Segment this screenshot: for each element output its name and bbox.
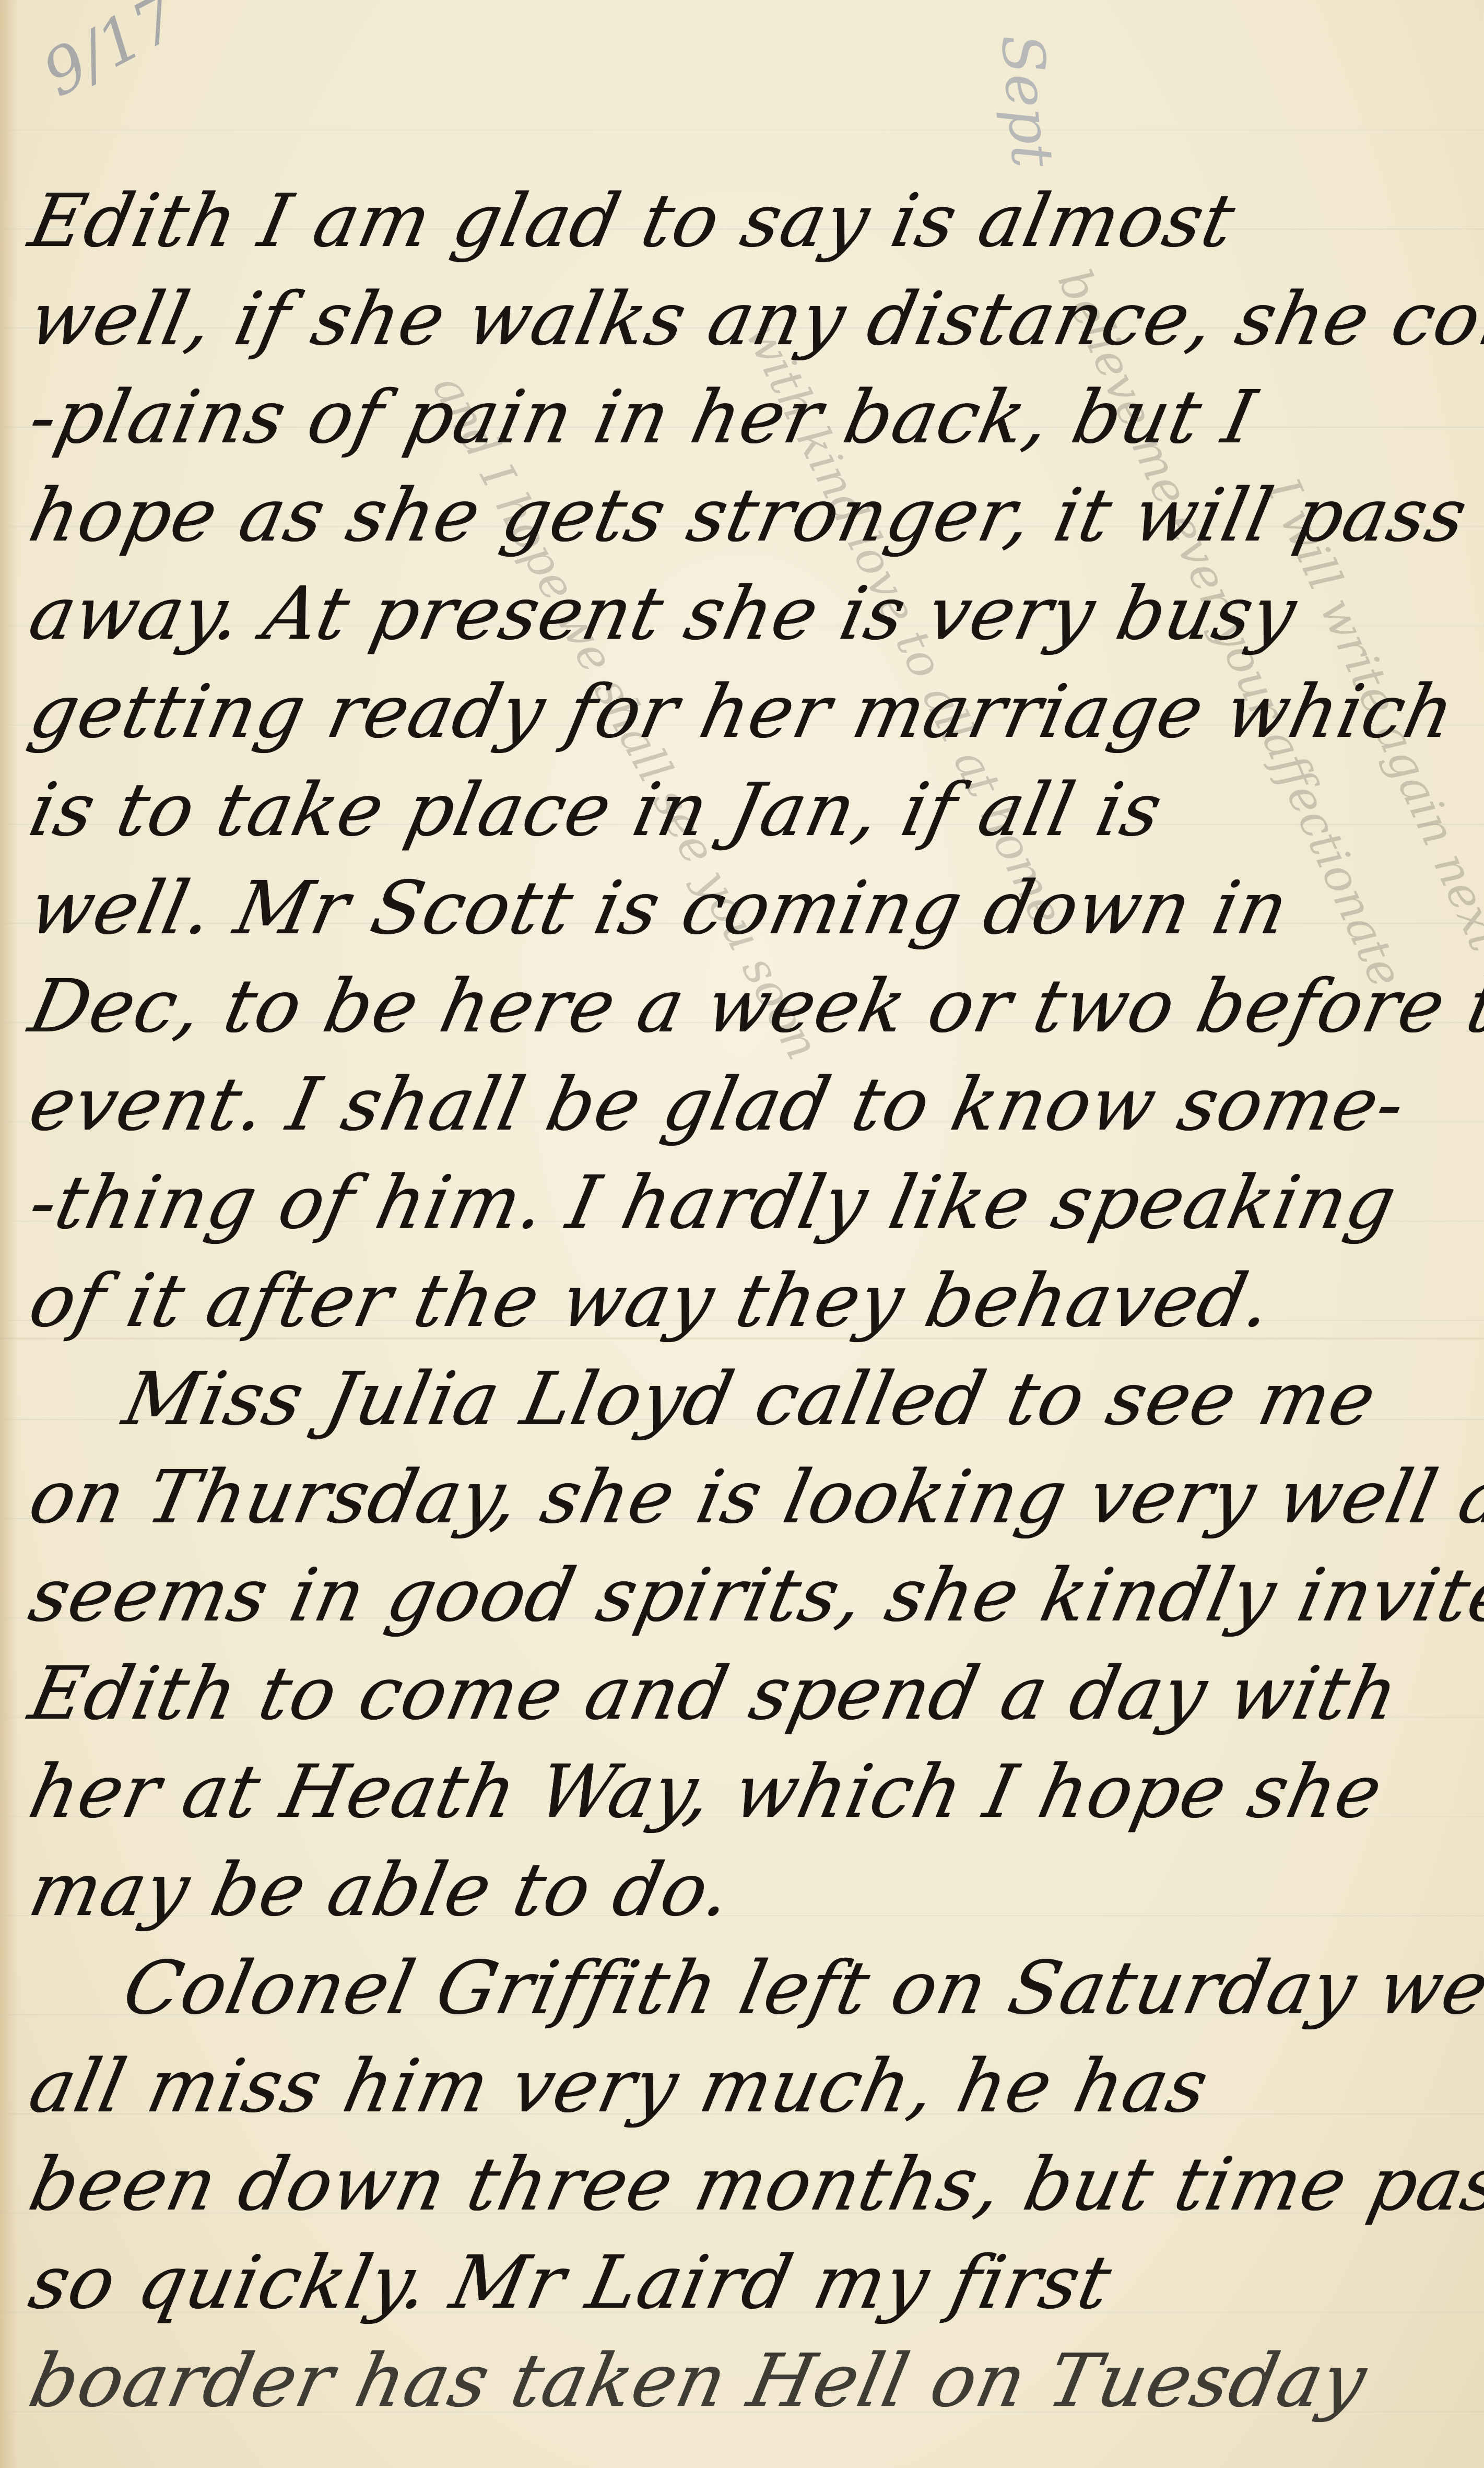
letter-line: seems in good spirits, she kindly invite… <box>21 1547 1483 1645</box>
letter-line: so quickly. Mr Laird my first <box>21 2234 1483 2332</box>
letter-line: may be able to do. <box>21 1841 1483 1940</box>
letter-line: on Thursday, she is looking very well an… <box>21 1449 1483 1547</box>
letter-line: all miss him very much, he has <box>21 2038 1483 2136</box>
letter-line: her at Heath Way, which I hope she <box>21 1743 1483 1841</box>
letter-line: Edith to come and spend a day with <box>21 1645 1483 1743</box>
letter-line: getting ready for her marriage which <box>21 663 1483 761</box>
letter-line: -plains of pain in her back, but I <box>21 369 1483 467</box>
letter-body: Edith I am glad to say is almost well, i… <box>31 172 1473 2430</box>
letter-line: boarder has taken Hell on Tuesday <box>21 2332 1483 2430</box>
letter-line: well. Mr Scott is coming down in <box>21 860 1483 958</box>
letter-line: is to take place in Jan, if all is <box>21 761 1483 860</box>
letter-line: event. I shall be glad to know some- <box>21 1056 1483 1154</box>
letter-line: Edith I am glad to say is almost <box>21 172 1483 271</box>
pencil-margin-annotation: Sept <box>988 31 1066 170</box>
pencil-date-annotation: 9/17 <box>31 0 190 111</box>
letter-line: Colonel Griffith left on Saturday we <box>21 1940 1483 2038</box>
letter-line: of it after the way they behaved. <box>21 1252 1483 1350</box>
letter-line: Miss Julia Lloyd called to see me <box>21 1350 1483 1449</box>
letter-line: Dec, to be here a week or two before the <box>21 958 1483 1056</box>
letter-page: and I hope we shall see you soon with ki… <box>0 0 1484 2468</box>
letter-line: -thing of him. I hardly like speaking <box>21 1154 1483 1252</box>
paper-edge <box>0 0 18 2468</box>
letter-line: away. At present she is very busy <box>21 565 1483 663</box>
letter-line: been down three months, but time passes <box>21 2136 1483 2234</box>
letter-line: well, if she walks any distance, she com… <box>21 271 1483 369</box>
letter-line: hope as she gets stronger, it will pass <box>21 467 1483 565</box>
